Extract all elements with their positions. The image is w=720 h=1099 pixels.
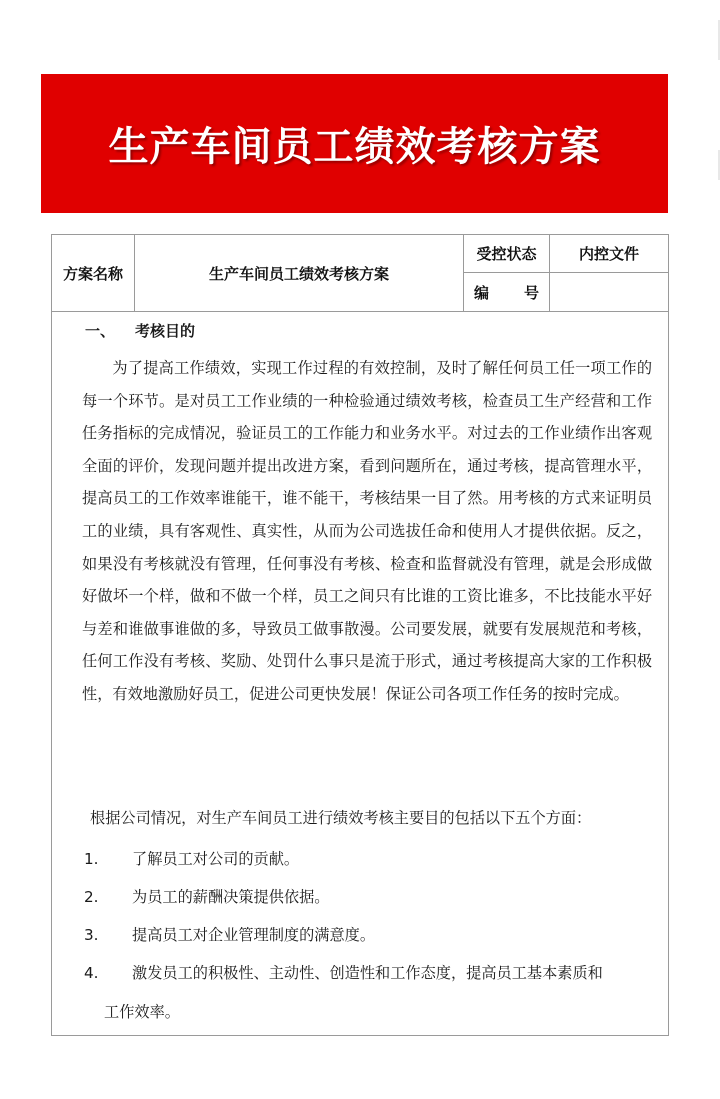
title-banner: 生产车间员工绩效考核方案 xyxy=(41,74,668,213)
section-title: 考核目的 xyxy=(135,322,195,340)
list-item-text: 激发员工的积极性、主动性、创造性和工作态度，提高员工基本素质和 xyxy=(132,964,603,982)
value-doc-number xyxy=(550,273,668,311)
section-heading: 一、考核目的 xyxy=(85,320,195,341)
list-item: 2.为员工的薪酬决策提供依据。 xyxy=(84,881,659,914)
section-number: 一、 xyxy=(85,320,135,341)
list-item: 4.激发员工的积极性、主动性、创造性和工作态度，提高员工基本素质和 工作效率。 xyxy=(84,957,659,1028)
label-plan-name: 方案名称 xyxy=(52,235,134,311)
value-plan-name: 生产车间员工绩效考核方案 xyxy=(135,235,463,311)
list-item-continuation: 工作效率。 xyxy=(84,996,659,1029)
list-item-number: 1. xyxy=(84,843,132,876)
list-item-text: 了解员工对公司的贡献。 xyxy=(132,850,299,868)
purpose-paragraph: 为了提高工作绩效，实现工作过程的有效控制，及时了解任何员工任一项工作的每一个环节… xyxy=(82,352,652,711)
label-doc-number: 编 号 xyxy=(464,273,549,311)
banner-title: 生产车间员工绩效考核方案 xyxy=(109,115,601,172)
document-table: 方案名称 生产车间员工绩效考核方案 受控状态 内控文件 编 号 一、考核目的 为… xyxy=(51,234,669,1036)
header-row: 方案名称 生产车间员工绩效考核方案 受控状态 内控文件 编 号 xyxy=(52,235,668,312)
label-number-left: 编 xyxy=(474,282,489,303)
label-control-status: 受控状态 xyxy=(464,235,549,272)
list-item-number: 4. xyxy=(84,957,132,990)
list-item-text: 为员工的薪酬决策提供依据。 xyxy=(132,888,329,906)
list-item-text: 提高员工对企业管理制度的满意度。 xyxy=(132,926,375,944)
label-number-right: 号 xyxy=(524,282,539,303)
list-item-number: 2. xyxy=(84,881,132,914)
list-item: 1.了解员工对公司的贡献。 xyxy=(84,843,659,876)
list-item: 3.提高员工对企业管理制度的满意度。 xyxy=(84,919,659,952)
list-item-number: 3. xyxy=(84,919,132,952)
value-control-status: 内控文件 xyxy=(550,235,668,272)
list-intro: 根据公司情况，对生产车间员工进行绩效考核主要目的包括以下五个方面： xyxy=(90,807,591,828)
